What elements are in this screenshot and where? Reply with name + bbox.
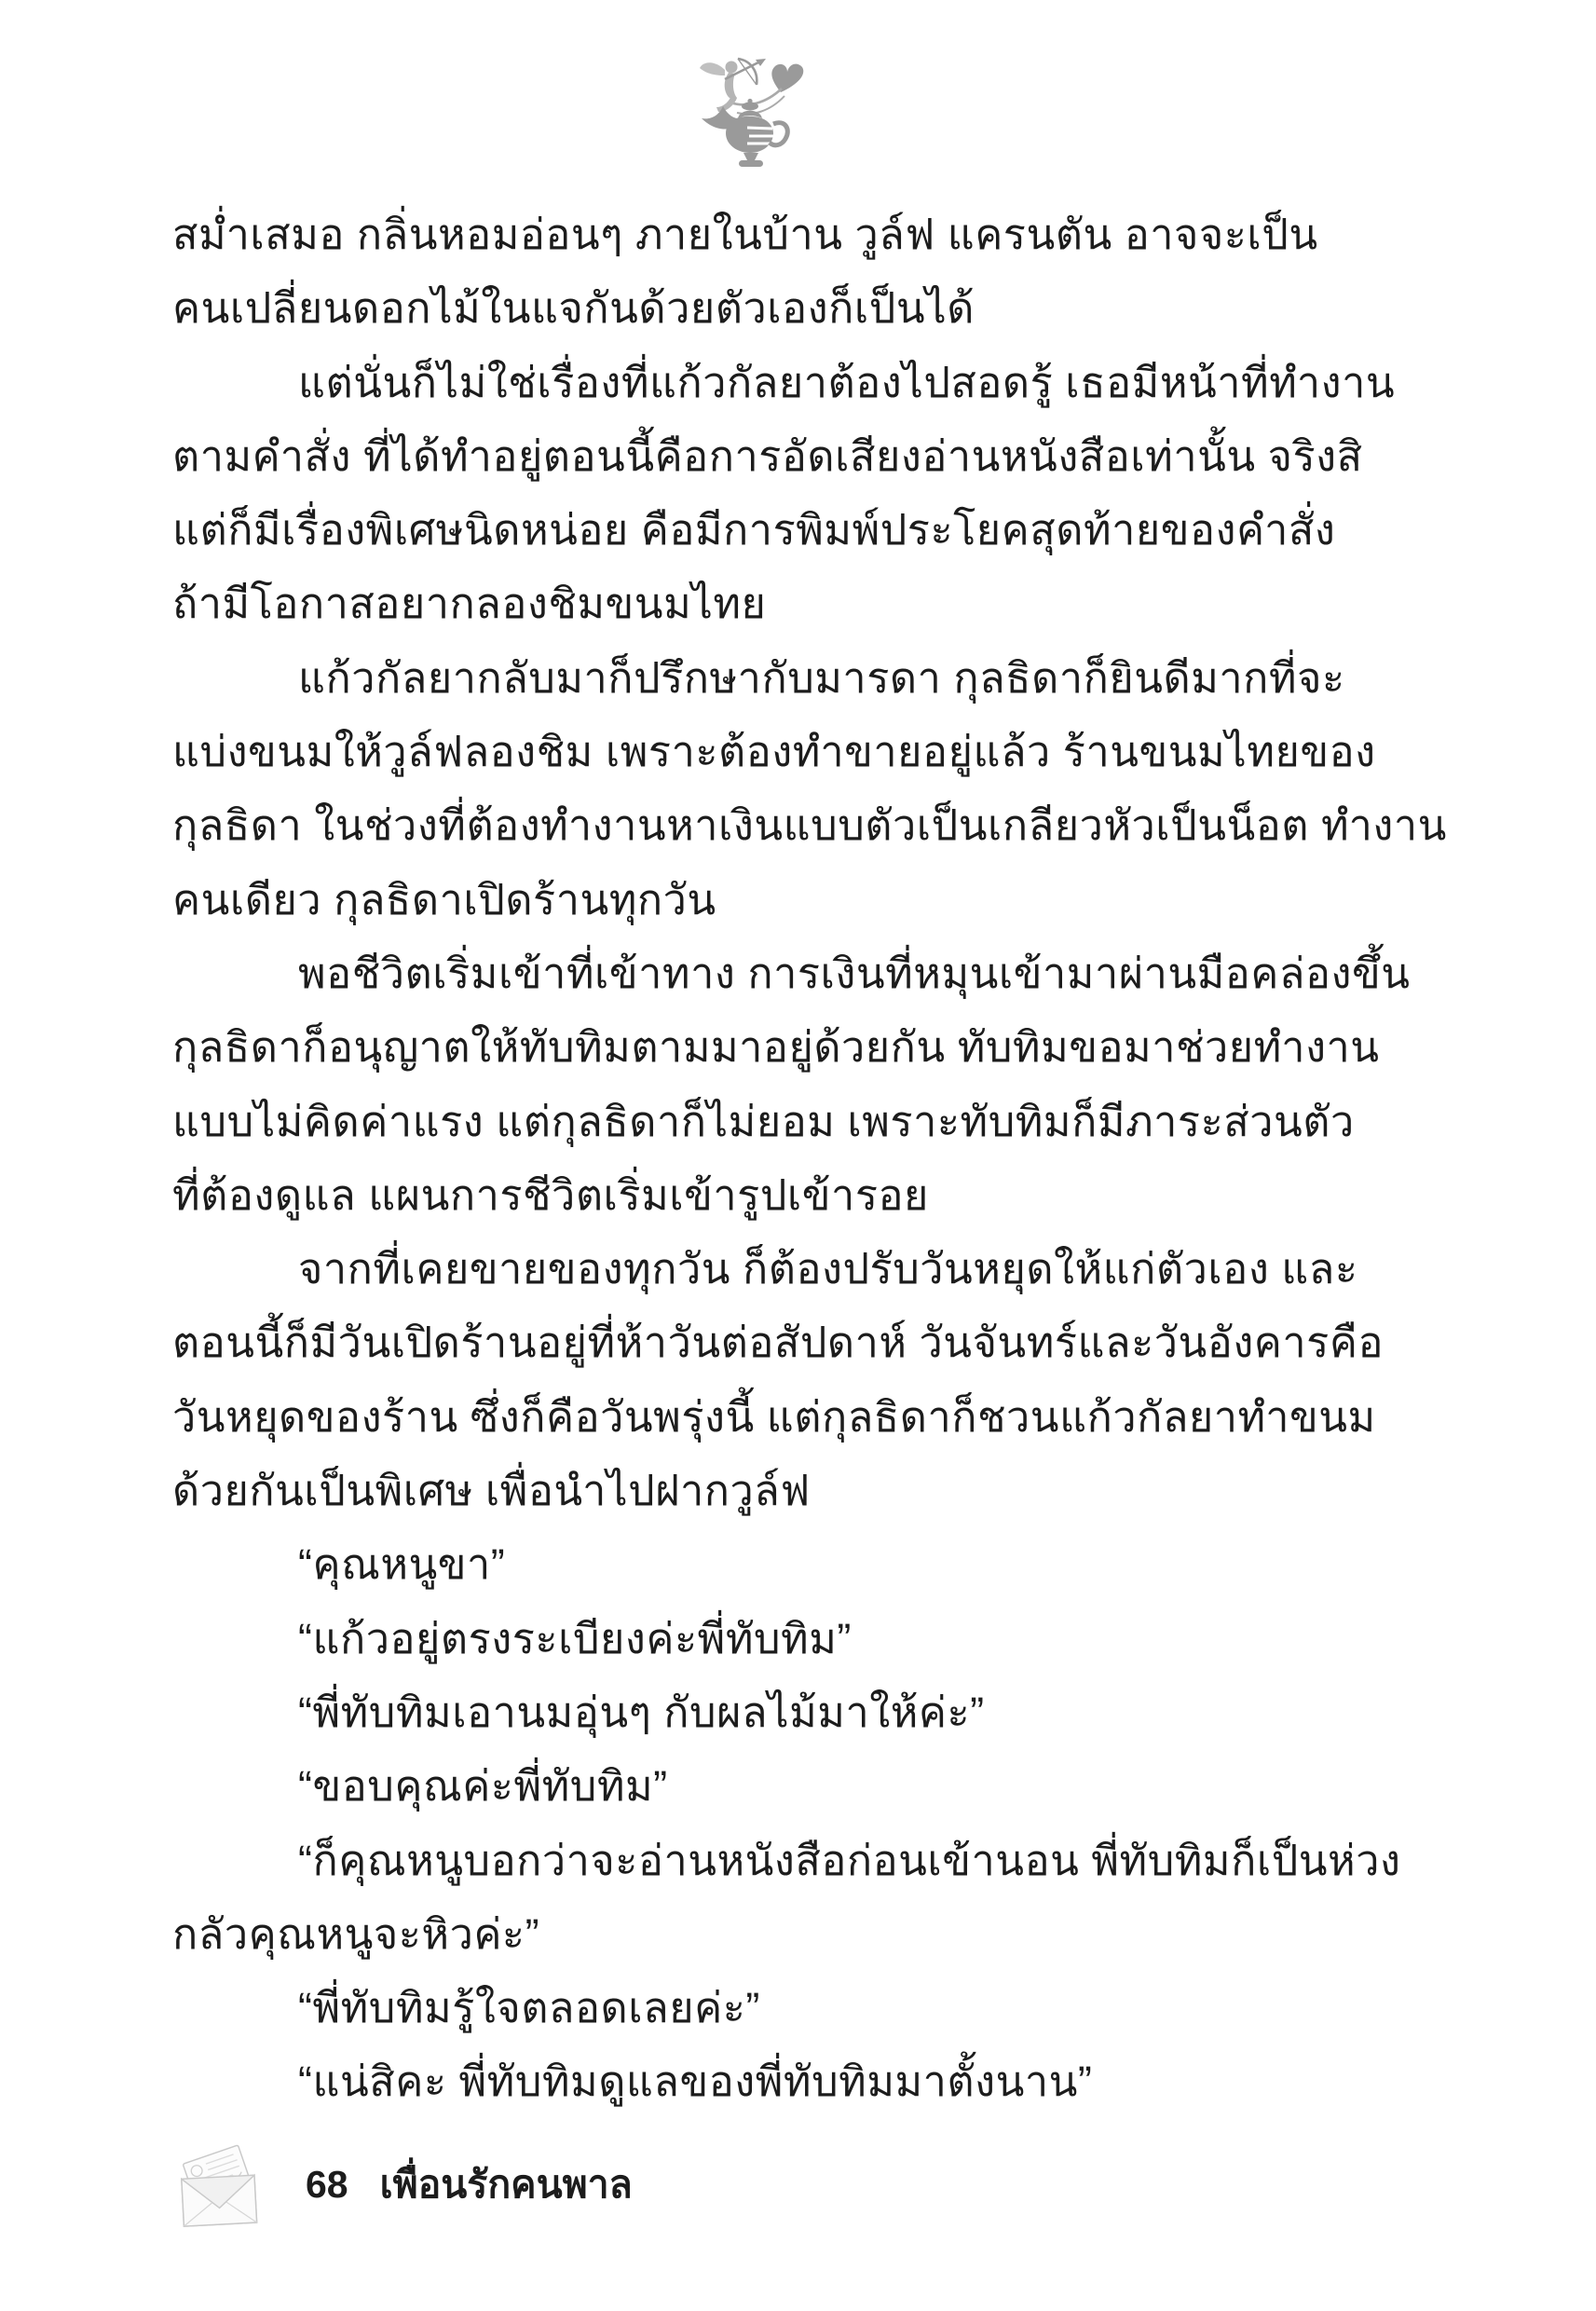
text-line: แบ่งขนมให้วูล์ฟลองชิม เพราะต้องทำขายอยู่…: [172, 715, 1384, 788]
text-line: แก้วกัลยากลับมาก็ปรึกษากับมารดา กุลธิดาก…: [172, 641, 1384, 715]
dialogue-line: “พี่ทับทิมรู้ใจตลอดเลยค่ะ”: [172, 1971, 1384, 2044]
text-line: ตอนนี้ก็มีวันเปิดร้านอยู่ที่ห้าวันต่อสัป…: [172, 1306, 1384, 1379]
cupid-genie-lamp-ornament: [691, 51, 822, 172]
text-line: จากที่เคยขายของทุกวัน ก็ต้องปรับวันหยุดใ…: [172, 1232, 1384, 1306]
text-line: ที่ต้องดูแล แผนการชีวิตเริ่มเข้ารูปเข้าร…: [172, 1158, 1384, 1232]
genie-lamp: [702, 99, 787, 167]
cupid-genie-lamp-graphic: [691, 51, 822, 172]
dialogue-line: กลัวคุณหนูจะหิวค่ะ”: [172, 1897, 1384, 1971]
text-line: กุลธิดาก็อนุญาตให้ทับทิมตามมาอยู่ด้วยกัน…: [172, 1010, 1384, 1084]
book-title: เพื่อนรักคนพาล: [380, 2154, 633, 2215]
dialogue-line: “แน่สิคะ พี่ทับทิมดูแลของพี่ทับทิมมาตั้ง…: [172, 2044, 1384, 2118]
envelope-icon: [177, 2141, 261, 2231]
dialogue-line: “ก็คุณหนูบอกว่าจะอ่านหนังสือก่อนเข้านอน …: [172, 1824, 1384, 1897]
text-line: แบบไม่คิดค่าแรง แต่กุลธิดาก็ไม่ยอม เพราะ…: [172, 1085, 1384, 1158]
envelope-letter-graphic: [177, 2141, 261, 2231]
body-text: สม่ำเสมอ กลิ่นหอมอ่อนๆ ภายในบ้าน วูล์ฟ แ…: [172, 198, 1384, 2119]
book-page: { "page": { "colors": { "background": "#…: [0, 0, 1596, 2311]
dialogue-line: “คุณหนูขา”: [172, 1527, 1384, 1601]
text-line: พอชีวิตเริ่มเข้าที่เข้าทาง การเงินที่หมุ…: [172, 937, 1384, 1010]
text-line: ถ้ามีโอกาสอยากลองชิมขนมไทย: [172, 567, 1384, 640]
page-number: 68: [306, 2163, 348, 2207]
text-line: ด้วยกันเป็นพิเศษ เพื่อนำไปฝากวูล์ฟ: [172, 1454, 1384, 1527]
page-footer: 68 เพื่อนรักคนพาล: [177, 2141, 633, 2227]
text-line: คนเดียว กุลธิดาเปิดร้านทุกวัน: [172, 863, 1384, 937]
dialogue-line: “พี่ทับทิมเอานมอุ่นๆ กับผลไม้มาให้ค่ะ”: [172, 1675, 1384, 1749]
dialogue-line: “แก้วอยู่ตรงระเบียงค่ะพี่ทับทิม”: [172, 1602, 1384, 1675]
dialogue-line: “ขอบคุณค่ะพี่ทับทิม”: [172, 1749, 1384, 1823]
text-line: แต่ก็มีเรื่องพิเศษนิดหน่อย คือมีการพิมพ์…: [172, 493, 1384, 567]
text-line: กุลธิดา ในช่วงที่ต้องทำงานหาเงินแบบตัวเป…: [172, 788, 1384, 862]
text-line: แต่นั่นก็ไม่ใช่เรื่องที่แก้วกัลยาต้องไปส…: [172, 346, 1384, 419]
text-line: ตามคำสั่ง ที่ได้ทำอยู่ตอนนี้คือการอัดเสี…: [172, 419, 1384, 493]
text-line: คนเปลี่ยนดอกไม้ในแจกันด้วยตัวเองก็เป็นได…: [172, 271, 1384, 345]
text-line: วันหยุดของร้าน ซึ่งก็คือวันพรุ่งนี้ แต่ก…: [172, 1380, 1384, 1454]
text-line: สม่ำเสมอ กลิ่นหอมอ่อนๆ ภายในบ้าน วูล์ฟ แ…: [172, 198, 1384, 271]
